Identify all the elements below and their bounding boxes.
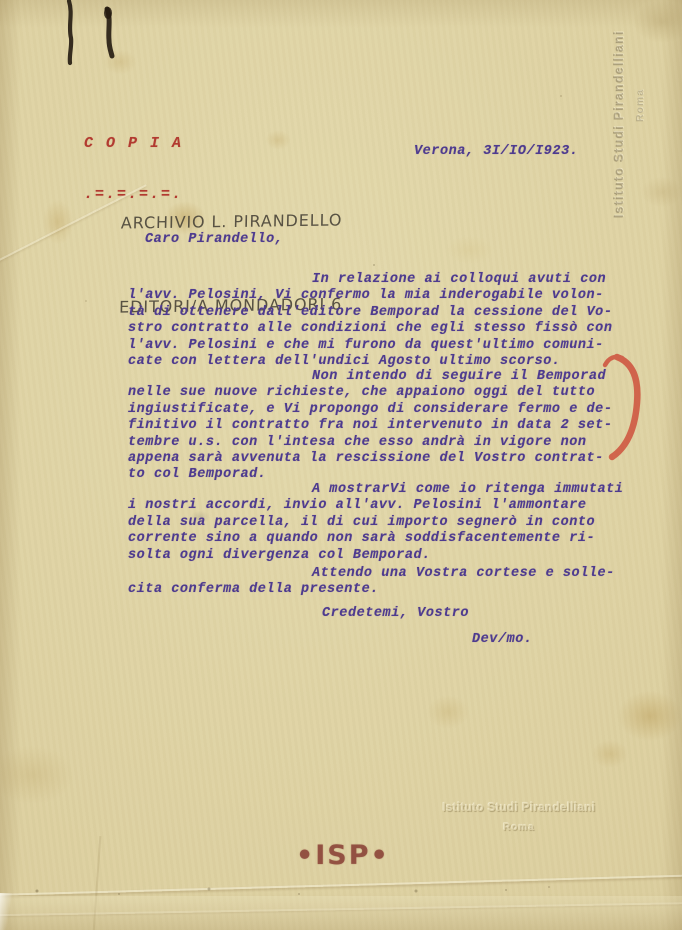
crease-line xyxy=(93,836,102,930)
paragraph-3: A mostrarVi come io ritenga immutati i n… xyxy=(128,482,638,564)
watermark-city: Roma xyxy=(634,74,646,122)
paragraph-1: In relazione ai colloqui avuti con l'avv… xyxy=(128,272,638,370)
signoff: Dev/mo. xyxy=(472,632,533,648)
paragraph-2: Non intendo di seguire il Bemporad nelle… xyxy=(128,369,638,484)
paper-shading xyxy=(0,896,682,930)
watermark-institute-name: Istituto Studi Pirandelliani xyxy=(612,18,626,218)
embossed-stamp-city: Roma xyxy=(430,822,608,833)
valediction: Credetemi, Vostro xyxy=(322,606,469,622)
paragraph-4: Attendo una Vostra cortese e solle- cita… xyxy=(128,566,638,599)
ink-marks-top-left xyxy=(0,0,140,80)
copy-label: C O P I A xyxy=(84,135,183,152)
crease-line xyxy=(0,874,682,896)
red-crayon-margin-mark xyxy=(595,345,655,470)
paper-edge xyxy=(0,893,12,930)
letter-scan-page: C O P I A .=.=.=.=. ARCHIVIO L. PIRANDEL… xyxy=(0,0,682,930)
crease-line xyxy=(0,902,682,917)
isp-stamp: •ISP• xyxy=(296,840,390,871)
embossed-stamp-name: Istituto Studi Pirandelliani xyxy=(430,802,608,814)
salutation: Caro Pirandello, xyxy=(145,232,283,248)
dateline: Verona, 3I/IO/I923. xyxy=(414,144,578,160)
